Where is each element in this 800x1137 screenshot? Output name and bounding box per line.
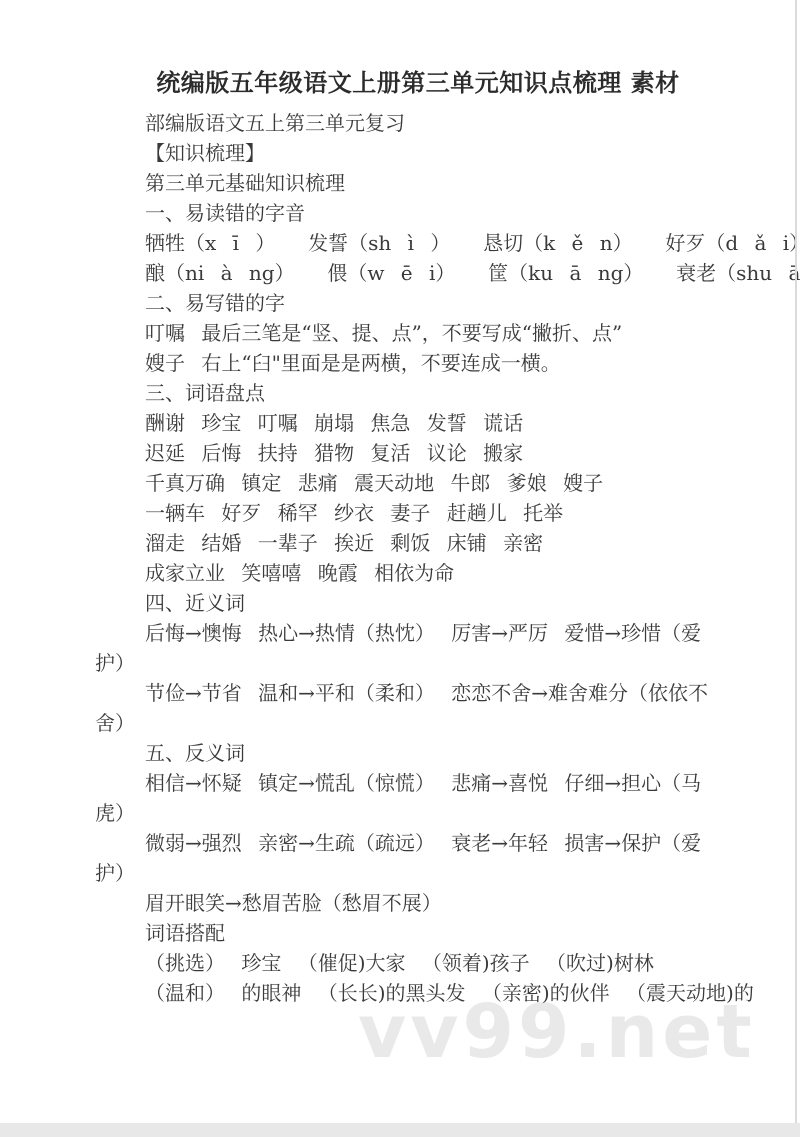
text-line: 词语搭配: [145, 918, 702, 948]
text-line: 护）: [95, 648, 702, 678]
text-line: 一、易读错的字音: [145, 198, 702, 228]
text-line: 虎）: [95, 798, 702, 828]
text-line: 相信→怀疑 镇定→慌乱（惊慌） 悲痛→喜悦 仔细→担心（马: [145, 768, 702, 798]
text-line: 舍）: [95, 708, 702, 738]
text-line: 四、近义词: [145, 588, 702, 618]
text-line: （挑选） 珍宝 （催促)大家 （领着)孩子 （吹过)树林: [145, 948, 702, 978]
text-line: 迟延 后悔 扶持 猎物 复活 议论 搬家: [145, 438, 702, 468]
document-body: 部编版语文五上第三单元复习【知识梳理】第三单元基础知识梳理一、易读错的字音牺牲（…: [95, 108, 702, 1008]
text-line: 部编版语文五上第三单元复习: [145, 108, 702, 138]
text-line: 牺牲（x ī ） 发誓（sh ì ） 恳切（k ě n） 好歹（d ǎ i）: [145, 228, 702, 258]
text-line: 【知识梳理】: [145, 138, 702, 168]
text-line: 五、反义词: [145, 738, 702, 768]
text-line: 酬谢 珍宝 叮嘱 崩塌 焦急 发誓 谎话: [145, 408, 702, 438]
text-line: 溜走 结婚 一辈子 挨近 剩饭 床铺 亲密: [145, 528, 702, 558]
text-line: （温和） 的眼神 （长长)的黑头发 （亲密)的伙伴 （震天动地)的: [145, 978, 702, 1008]
text-line: 眉开眼笑→愁眉苦脸（愁眉不展）: [145, 888, 702, 918]
text-line: 后悔→懊悔 热心→热情（热忱） 厉害→严厉 爱惜→珍惜（爱: [145, 618, 702, 648]
text-line: 成家立业 笑嘻嘻 晚霞 相依为命: [145, 558, 702, 588]
text-line: 一辆车 好歹 稀罕 纱衣 妻子 赶趟儿 托举: [145, 498, 702, 528]
text-line: 酿（ni à ng） 偎（w ē i） 筐（ku ā ng） 衰老（shu ā …: [145, 258, 702, 288]
text-line: 三、词语盘点: [145, 378, 702, 408]
text-line: 护）: [95, 858, 702, 888]
text-line: 嫂子 右上“臼"里面是是两横，不要连成一横。: [145, 348, 702, 378]
page-edge-divider: [795, 0, 797, 1123]
text-line: 二、易写错的字: [145, 288, 702, 318]
text-line: 叮嘱 最后三笔是“竖、提、点”，不要写成“撇折、点”: [145, 318, 702, 348]
page-bottom-strip: [0, 1123, 800, 1137]
text-line: 微弱→强烈 亲密→生疏（疏远） 衰老→年轻 损害→保护（爱: [145, 828, 702, 858]
document-title: 统编版五年级语文上册第三单元知识点梳理 素材: [0, 68, 800, 98]
text-line: 节俭→节省 温和→平和（柔和） 恋恋不舍→难舍难分（依依不: [145, 678, 702, 708]
text-line: 千真万确 镇定 悲痛 震天动地 牛郎 爹娘 嫂子: [145, 468, 702, 498]
text-line: 第三单元基础知识梳理: [145, 168, 702, 198]
document-page: vv99.net 统编版五年级语文上册第三单元知识点梳理 素材 部编版语文五上第…: [0, 0, 800, 1137]
